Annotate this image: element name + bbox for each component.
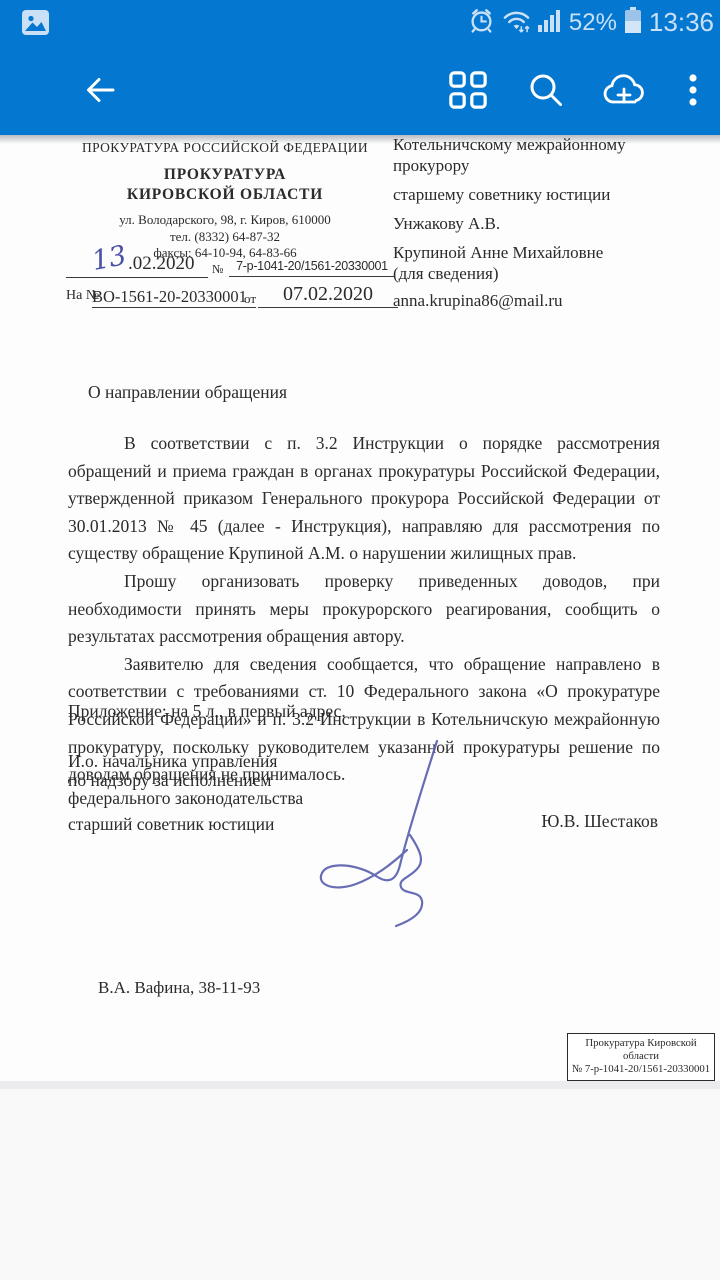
- signature-scribble: [310, 733, 460, 933]
- signer-name: Ю.В. Шестаков: [541, 811, 658, 832]
- stamp-line: № 7-р-1041-20/1561-20330001: [570, 1063, 712, 1076]
- handwritten-day: 13: [89, 240, 129, 277]
- page-separator: [0, 1081, 720, 1089]
- signer-rank: старший советник юстиции: [68, 814, 274, 835]
- stamp-line: области: [570, 1050, 712, 1063]
- battery-percent: 52%: [569, 0, 617, 45]
- incoming-date: 07.02.2020: [258, 281, 398, 308]
- clock-time: 13:36: [649, 0, 714, 45]
- cloud-upload-icon: [601, 70, 647, 110]
- recipient-email: anna.krupina86@mail.ru: [393, 290, 665, 311]
- status-bar: 52% 13:36: [0, 0, 720, 45]
- number-sign: №: [212, 262, 223, 277]
- sender-country: ПРОКУРАТУРА РОССИЙСКОЙ ФЕДЕРАЦИИ: [58, 140, 392, 156]
- recipient-line: прокурору: [393, 155, 665, 176]
- next-page-edge[interactable]: [0, 1089, 720, 1280]
- signer-position-line: федерального законодательства: [68, 789, 303, 808]
- attachment-line: Приложение: на 5 л., в первый адрес.: [68, 701, 346, 722]
- sender-org-line2: КИРОВСКОЙ ОБЛАСТИ: [58, 185, 392, 205]
- search-button[interactable]: [520, 64, 572, 116]
- battery-icon: [624, 6, 642, 39]
- overflow-menu-icon: [676, 70, 710, 110]
- grid-view-button[interactable]: [442, 64, 494, 116]
- recipient-line: Крупиной Анне Михайловне: [393, 242, 665, 263]
- wifi-icon: [502, 7, 531, 39]
- signer-position-line: по надзору за исполнением: [68, 771, 303, 790]
- back-button[interactable]: [74, 64, 126, 116]
- alarm-icon: [468, 7, 495, 39]
- gallery-icon: [22, 10, 49, 40]
- cloud-upload-button[interactable]: [598, 64, 650, 116]
- ref-month-year: .02.2020: [128, 253, 195, 275]
- signal-icon: [538, 7, 562, 38]
- paragraph: В соответствии с п. 3.2 Инструкции о пор…: [68, 430, 660, 568]
- registration-stamp: Прокуратура Кировской области № 7-р-1041…: [567, 1033, 715, 1081]
- outgoing-number: 7-р-1041-20/1561-20330001: [229, 251, 395, 277]
- recipient-block: Котельничскому межрайонному прокурору ст…: [393, 134, 665, 311]
- date-underline: 13 .02.2020: [66, 251, 208, 278]
- subject-line: О направлении обращения: [88, 382, 287, 403]
- status-indicators: 52% 13:36: [468, 0, 714, 45]
- stamp-line: Прокуратура Кировской: [570, 1037, 712, 1050]
- incoming-number: ВО-1561-20-20330001: [92, 281, 256, 308]
- signer-position: И.о. начальника управления по надзору за…: [68, 752, 303, 808]
- paragraph: Прошу организовать проверку приведенных …: [68, 568, 660, 651]
- search-icon: [526, 70, 566, 110]
- recipient-line: старшему советнику юстиции: [393, 184, 665, 205]
- sender-org-line1: ПРОКУРАТУРА: [58, 165, 392, 185]
- grid-view-icon: [448, 70, 488, 110]
- executor-line: В.А. Вафина, 38-11-93: [98, 978, 260, 998]
- recipient-line: (для сведения): [393, 263, 665, 284]
- overflow-menu-button[interactable]: [676, 64, 710, 116]
- screen: 52% 13:36: [0, 0, 720, 1280]
- sender-address: ул. Володарского, 98, г. Киров, 610000: [58, 212, 392, 229]
- recipient-line: Котельничскому межрайонному: [393, 134, 665, 155]
- recipient-line: Унжакову А.В.: [393, 213, 665, 234]
- incoming-ref-line: На № ВО-1561-20-20330001 от 07.02.2020: [66, 281, 400, 313]
- signer-position-line: И.о. начальника управления: [68, 752, 303, 771]
- document-page[interactable]: ПРОКУРАТУРА РОССИЙСКОЙ ФЕДЕРАЦИИ ПРОКУРА…: [0, 135, 720, 1083]
- from-label: от: [244, 291, 256, 307]
- outgoing-ref-line: 13 .02.2020 № 7-р-1041-20/1561-20330001: [66, 251, 400, 281]
